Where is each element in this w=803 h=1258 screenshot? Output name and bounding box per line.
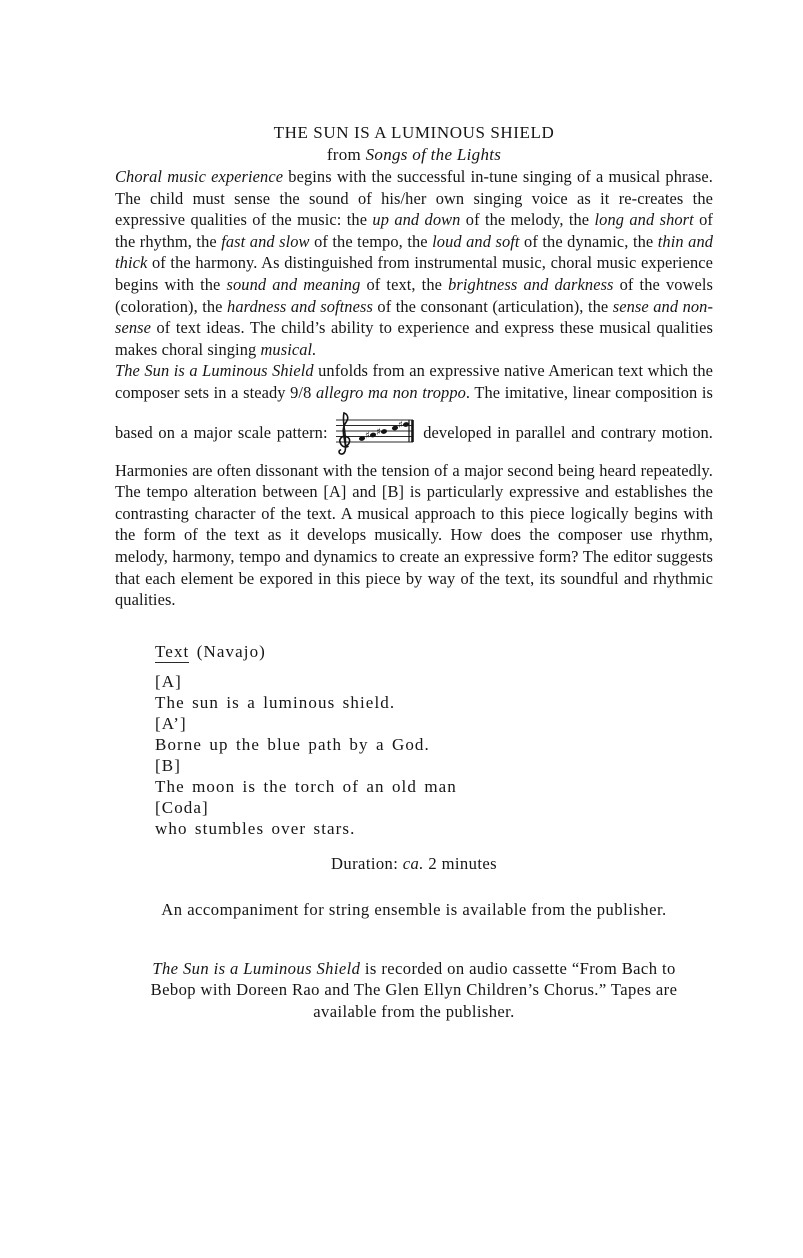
recording-note: The Sun is a Luminous Shield is recorded…: [136, 958, 692, 1023]
navajo-text-heading: Text (Navajo): [155, 641, 713, 662]
navajo-line-section-a-prime: [A’]: [155, 713, 713, 734]
navajo-line-moon: The moon is the torch of an old man: [155, 776, 713, 797]
navajo-heading-rest: (Navajo): [189, 642, 266, 661]
treble-clef-icon: [339, 413, 350, 454]
scale-notes: ♯♯♯: [358, 420, 409, 442]
navajo-line-borne: Borne up the blue path by a God.: [155, 734, 713, 755]
page-title: THE SUN IS A LUMINOUS SHIELD: [115, 122, 713, 144]
navajo-line-section-coda: [Coda]: [155, 797, 713, 818]
navajo-line-section-a: [A]: [155, 671, 713, 692]
svg-text:♯: ♯: [365, 430, 370, 441]
svg-text:♯: ♯: [398, 420, 403, 431]
duration-line: Duration: ca. 2 minutes: [115, 854, 713, 874]
navajo-line-sun: The sun is a luminous shield.: [155, 692, 713, 713]
page-content: THE SUN IS A LUMINOUS SHIELD from Songs …: [115, 122, 713, 1022]
document-page: THE SUN IS A LUMINOUS SHIELD from Songs …: [0, 0, 803, 1258]
navajo-heading-underlined: Text: [155, 642, 189, 663]
accompaniment-note: An accompaniment for string ensemble is …: [115, 900, 713, 920]
navajo-line-section-b: [B]: [155, 755, 713, 776]
title-block: THE SUN IS A LUMINOUS SHIELD from Songs …: [115, 122, 713, 166]
page-subtitle: from Songs of the Lights: [115, 144, 713, 166]
music-scale-notation: ♯♯♯: [334, 404, 416, 460]
svg-text:♯: ♯: [376, 427, 381, 438]
paragraph-piece-description: The Sun is a Luminous Shield unfolds fro…: [115, 360, 713, 610]
paragraph-choral-experience: Choral music experience begins with the …: [115, 166, 713, 360]
navajo-text-block: Text (Navajo) [A] The sun is a luminous …: [115, 641, 713, 839]
navajo-line-stumbles: who stumbles over stars.: [155, 818, 713, 839]
